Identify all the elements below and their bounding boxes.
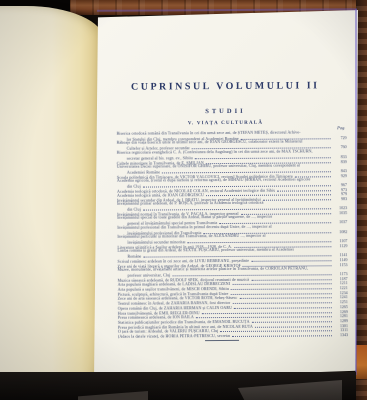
entry-page-number: 1129	[333, 244, 347, 249]
entry-page-number: 983	[333, 197, 347, 202]
entry-page-number: 839	[333, 160, 347, 165]
entry-page-number: 1343	[334, 333, 348, 338]
entry-page-number: 1035	[333, 211, 347, 216]
dot-leader	[263, 196, 331, 201]
wood-corner-patch	[356, 345, 367, 379]
entry-page-number: 1037	[333, 221, 347, 226]
entry-page-number: 760	[333, 146, 347, 151]
entry-page-number: 1082	[333, 230, 347, 235]
contents-page-content: CUPRINSUL VOLUMULUI II STUDII V. VIAȚA C…	[95, 9, 358, 379]
end-divider-rule	[205, 340, 239, 341]
entry-page-number: 929	[333, 174, 347, 179]
subsection-heading: V. VIAȚA CULTURALĂ	[95, 120, 355, 127]
toc-entry-list: Biserica ortodoxă română din Transilvani…	[117, 130, 348, 338]
entry-page-number: 729	[333, 136, 347, 141]
dot-leader	[232, 332, 332, 337]
entry-page-number: 1153	[333, 263, 347, 268]
section-heading: STUDII	[95, 107, 355, 116]
left-blank-page	[0, 6, 104, 394]
entry-text: (Adaos la datele vizate), de HORIA PETRA…	[118, 334, 230, 339]
page-title: CUPRINSUL VOLUMULUI II	[95, 80, 355, 93]
